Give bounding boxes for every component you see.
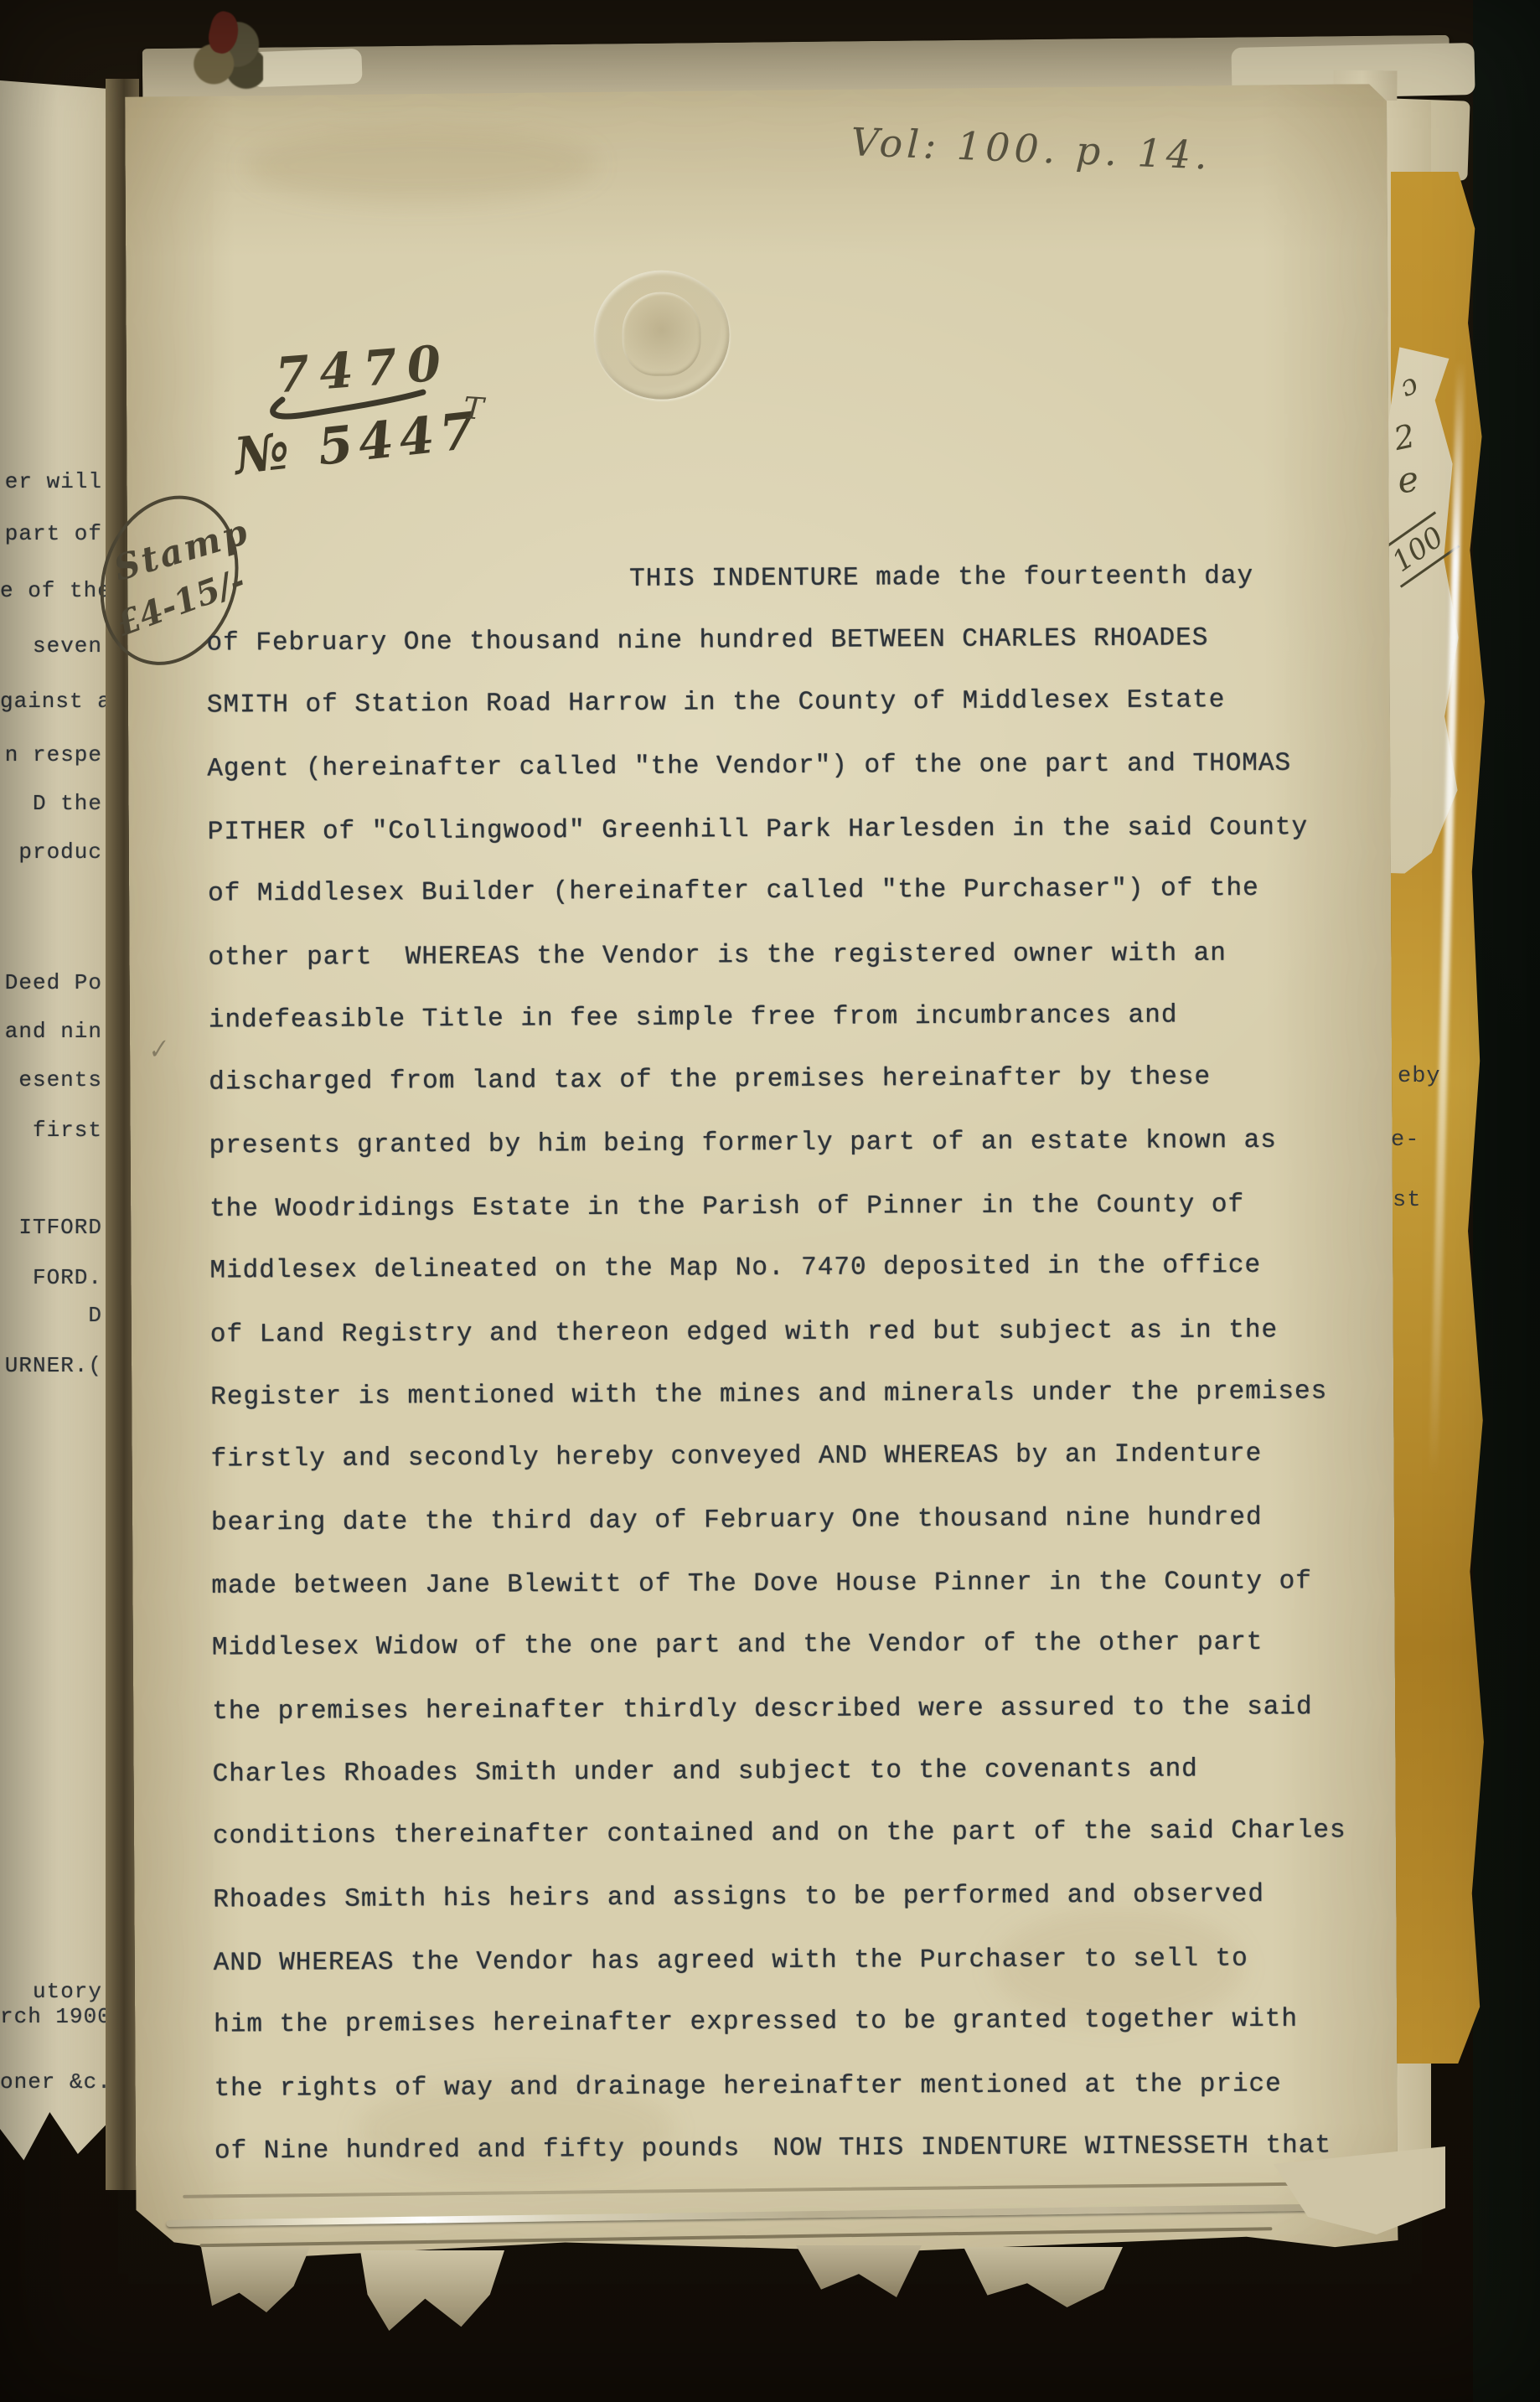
typewritten-line: of Middlesex Builder (hereinafter called… xyxy=(208,856,1335,925)
book-scan-page: er will part of e of the seven gainst a … xyxy=(0,0,1540,2402)
typewritten-line: made between Jane Blewitt of The Dove Ho… xyxy=(211,1550,1338,1618)
main-page-group: Vol: 100. p. 14. 7470 № 5447 T Stamp £4-… xyxy=(0,0,1540,2402)
typewritten-line: THIS INDENTURE made the fourteenth day xyxy=(206,545,1333,612)
typewritten-line: conditions thereinafter contained and on… xyxy=(213,1799,1340,1867)
tick-mark: T xyxy=(463,391,485,426)
typewritten-line: of Nine hundred and fifty pounds NOW THI… xyxy=(214,2114,1341,2182)
typewritten-line: firstly and secondly hereby conveyed AND… xyxy=(210,1422,1337,1490)
typewritten-line: the premises hereinafter thirdly describ… xyxy=(212,1676,1339,1743)
typewritten-line: SMITH of Station Road Harrow in the Coun… xyxy=(207,668,1334,736)
typewritten-line: of Land Registry and thereon edged with … xyxy=(210,1299,1337,1366)
typewritten-line: the rights of way and drainage hereinaft… xyxy=(214,2053,1341,2120)
typewritten-line: indefeasible Title in fee simple free fr… xyxy=(209,983,1336,1051)
typewritten-line: Register is mentioned with the mines and… xyxy=(210,1360,1337,1428)
embossed-royal-seal xyxy=(593,270,730,400)
typewritten-line: Rhoades Smith his heirs and assigns to b… xyxy=(213,1862,1340,1931)
typewritten-line: other part WHEREAS the Vendor is the reg… xyxy=(208,922,1335,989)
typewritten-line: PITHER of "Collingwood" Greenhill Park H… xyxy=(208,796,1335,864)
typewritten-line: the Woodridings Estate in the Parish of … xyxy=(209,1173,1336,1241)
typewritten-line: bearing date the third day of February O… xyxy=(211,1485,1338,1554)
typewritten-line: Middlesex delineated on the Map No. 7470… xyxy=(209,1233,1336,1302)
typewritten-line: Middlesex Widow of the one part and the … xyxy=(212,1610,1339,1679)
typewritten-line: him the premises hereinafter expressed t… xyxy=(214,1987,1341,2056)
typewritten-line: Agent (hereinafter called "the Vendor") … xyxy=(207,731,1334,800)
typewritten-line: AND WHEREAS the Vendor has agreed with t… xyxy=(214,1927,1341,1995)
typewritten-body: THIS INDENTURE made the fourteenth day o… xyxy=(206,543,1341,2182)
typewritten-line: Charles Rhoades Smith under and subject … xyxy=(212,1737,1339,1805)
typewritten-line: presents granted by him being formerly p… xyxy=(209,1108,1336,1177)
typewritten-line: discharged from land tax of the premises… xyxy=(209,1045,1336,1113)
typewritten-line: of February One thousand nine hundred BE… xyxy=(206,606,1333,674)
